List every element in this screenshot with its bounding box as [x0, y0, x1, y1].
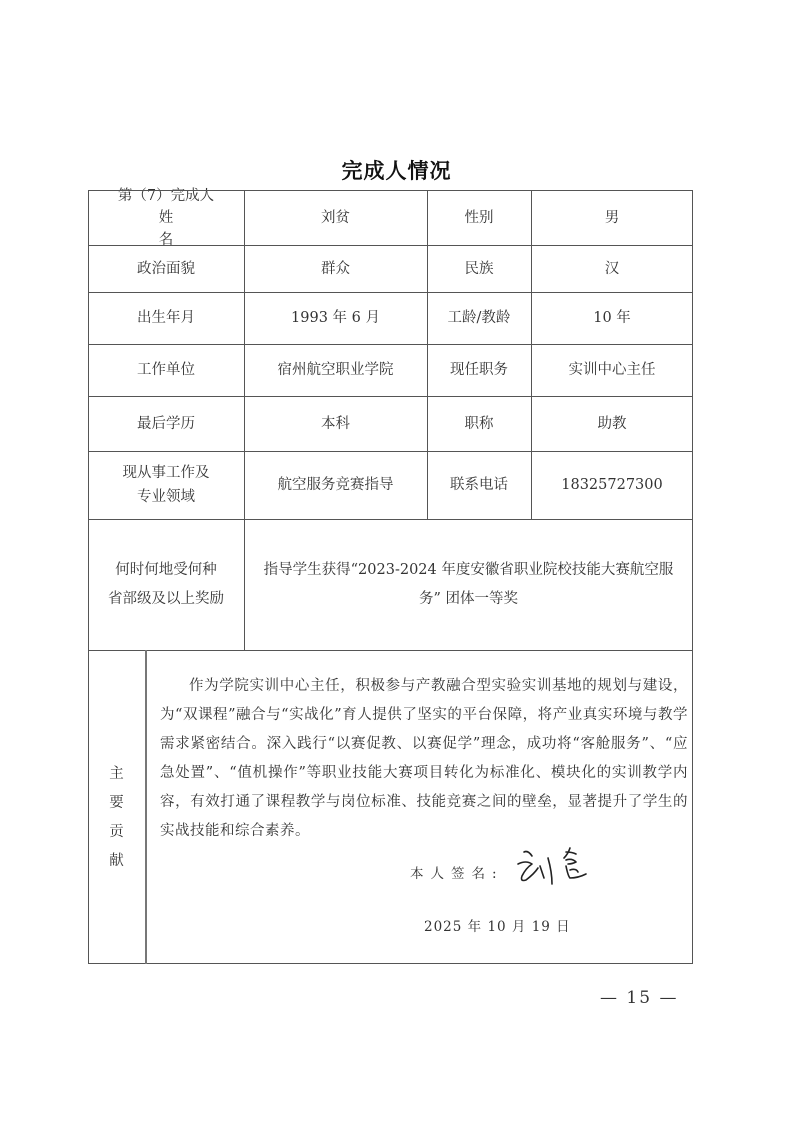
row-divider	[88, 396, 693, 397]
col-divider	[531, 190, 532, 519]
signature-date: 2025 年 10 月 19 日	[424, 915, 571, 935]
contribution-label-char: 献	[109, 847, 124, 876]
row-divider	[88, 519, 693, 520]
contribution-label: 主 要 贡 献	[88, 760, 145, 876]
contribution-label-char: 要	[109, 789, 124, 818]
row-divider	[88, 650, 693, 651]
contribution-text: 作为学院实训中心主任，积极参与产教融合型实验实训基地的规划与建设，为“双课程”融…	[160, 672, 688, 846]
contribution-label-char: 主	[109, 760, 124, 789]
page-number: — 15 —	[600, 988, 678, 1008]
row-divider	[88, 344, 693, 345]
row-divider	[88, 451, 693, 452]
signature-label: 本人签名:	[410, 862, 504, 882]
contribution-label-char: 贡	[109, 818, 124, 847]
col-divider	[145, 650, 147, 964]
row-divider	[88, 245, 693, 246]
col-divider	[427, 190, 428, 519]
signature-image	[512, 838, 612, 890]
page-title: 完成人情况	[0, 155, 793, 185]
col-divider	[244, 190, 245, 650]
row-divider	[88, 292, 693, 293]
